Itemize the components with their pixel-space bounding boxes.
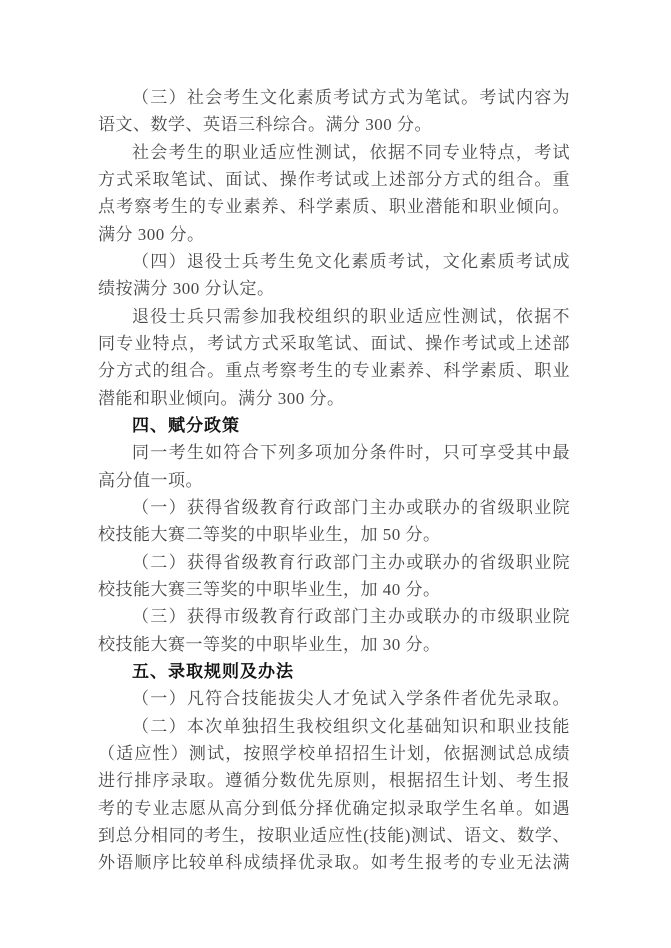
text-line: （一）凡符合技能拔尖人才免试入学条件者优先录取。 xyxy=(98,685,570,712)
text-line: 到总分相同的考生，按职业适应性(技能)测试、语文、数学、 xyxy=(98,822,570,849)
text-line: 校技能大赛二等奖的中职毕业生，加 50 分。 xyxy=(98,521,570,548)
text-line: （二）本次单独招生我校组织文化基础知识和职业技能 xyxy=(98,713,570,740)
text-line: 语文、数学、英语三科综合。满分 300 分。 xyxy=(98,111,570,138)
text-line: 考的专业志愿从高分到低分择优确定拟录取学生名单。如遇 xyxy=(98,795,570,822)
text-line: （一）获得省级教育行政部门主办或联办的省级职业院 xyxy=(98,494,570,521)
text-line: 高分值一项。 xyxy=(98,467,570,494)
document-page: （三）社会考生文化素质考试方式为笔试。考试内容为语文、数学、英语三科综合。满分 … xyxy=(0,0,671,948)
text-line: （适应性）测试，按照学校单招招生计划，依据测试总成绩 xyxy=(98,740,570,767)
text-line: （二）获得省级教育行政部门主办或联办的省级职业院 xyxy=(98,549,570,576)
section-heading: 四、赋分政策 xyxy=(98,412,570,439)
text-line: 潜能和职业倾向。满分 300 分。 xyxy=(98,385,570,412)
section-heading: 五、录取规则及办法 xyxy=(98,658,570,685)
text-line: 同专业特点，考试方式采取笔试、面试、操作考试或上述部 xyxy=(98,330,570,357)
text-line: 点考察考生的专业素养、科学素质、职业潜能和职业倾向。 xyxy=(98,193,570,220)
text-line: 进行排序录取。遵循分数优先原则，根据招生计划、考生报 xyxy=(98,767,570,794)
text-line: 外语顺序比较单科成绩择优录取。如考生报考的专业无法满 xyxy=(98,849,570,876)
text-line: 分方式的组合。重点考察考生的专业素养、科学素质、职业 xyxy=(98,357,570,384)
text-line: 满分 300 分。 xyxy=(98,221,570,248)
text-line: 社会考生的职业适应性测试，依据不同专业特点，考试 xyxy=(98,139,570,166)
text-line: 退役士兵只需参加我校组织的职业适应性测试，依据不 xyxy=(98,303,570,330)
text-line: （三）社会考生文化素质考试方式为笔试。考试内容为 xyxy=(98,84,570,111)
text-line: 绩按满分 300 分认定。 xyxy=(98,275,570,302)
text-block: （三）社会考生文化素质考试方式为笔试。考试内容为语文、数学、英语三科综合。满分 … xyxy=(98,84,570,877)
text-line: 方式采取笔试、面试、操作考试或上述部分方式的组合。重 xyxy=(98,166,570,193)
text-line: 校技能大赛三等奖的中职毕业生，加 40 分。 xyxy=(98,576,570,603)
text-line: （三）获得市级教育行政部门主办或联办的市级职业院 xyxy=(98,603,570,630)
text-line: 校技能大赛一等奖的中职毕业生，加 30 分。 xyxy=(98,631,570,658)
text-line: （四）退役士兵考生免文化素质考试，文化素质考试成 xyxy=(98,248,570,275)
text-line: 同一考生如符合下列多项加分条件时，只可享受其中最 xyxy=(98,439,570,466)
